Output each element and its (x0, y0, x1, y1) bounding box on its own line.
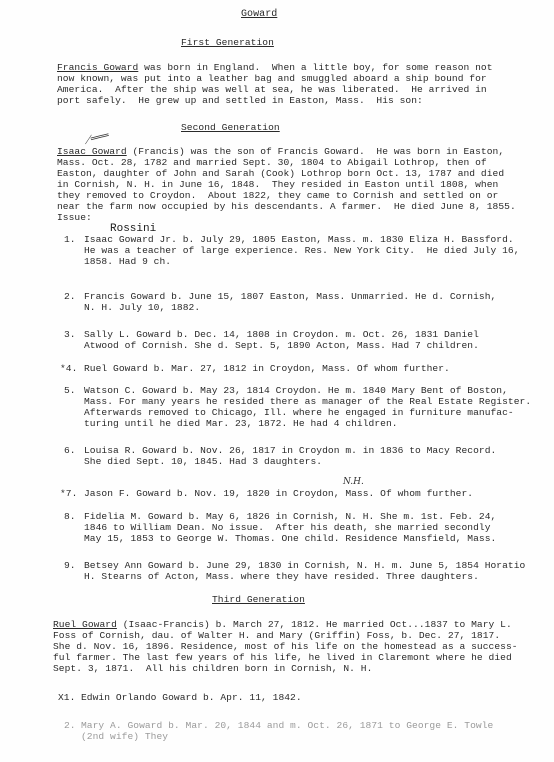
first-gen-line-2: America. After the ship was well at sea,… (57, 84, 487, 95)
child-9-marker: 9. (64, 560, 76, 571)
first-generation-heading: First Generation (181, 37, 274, 48)
child-5-line-0: Watson C. Goward b. May 23, 1814 Croydon… (84, 385, 508, 396)
document-title: Goward (241, 9, 277, 20)
second-generation-heading: Second Generation (181, 122, 280, 133)
child-1-line-2: 1858. Had 9 ch. (84, 256, 171, 267)
child-5-line-2: Afterwards removed to Chicago, Ill. wher… (84, 407, 514, 418)
first-gen-name: Francis Goward (57, 62, 138, 73)
second-gen-line-3: in Cornish, N. H. in June 16, 1848. They… (57, 179, 498, 190)
child-8-line-0: Fidelia M. Goward b. May 6, 1826 in Corn… (84, 511, 496, 522)
child-3-line-0: Sally L. Goward b. Dec. 14, 1808 in Croy… (84, 329, 479, 340)
third-gen-line-0: Ruel Goward (Isaac-Francis) b. March 27,… (53, 619, 512, 630)
third-child-2-line-1: (2nd wife) They (81, 731, 168, 742)
second-gen-line-0: Isaac Goward (Francis) was the son of Fr… (57, 146, 504, 157)
child-7-marker: *7. (60, 488, 77, 499)
child-5-line-1: Mass. For many years he resided there as… (84, 396, 531, 407)
child-7-line-0: Jason F. Goward b. Nov. 19, 1820 in Croy… (84, 488, 473, 499)
child-4-marker: *4. (60, 363, 77, 374)
third-gen-line-2: She d. Nov. 16, 1896. Residence, most of… (53, 641, 518, 652)
strikethrough-scribble-icon: ⟋═══ (83, 130, 110, 147)
child-4-line-0: Ruel Goward b. Mar. 27, 1812 in Croydon,… (84, 363, 450, 374)
child-2-line-0: Francis Goward b. June 15, 1807 Easton, … (84, 291, 496, 302)
child-6-line-0: Louisa R. Goward b. Nov. 26, 1817 in Cro… (84, 445, 496, 456)
third-child-1-line-0: Edwin Orlando Goward b. Apr. 11, 1842. (81, 692, 302, 703)
third-gen-line-1: Foss of Cornish, dau. of Walter H. and M… (53, 630, 500, 641)
second-gen-line-5: near the farm now occupied by his descen… (57, 201, 516, 212)
third-child-1-marker: X1. (58, 692, 75, 703)
first-gen-line-0: Francis Goward was born in England. When… (57, 62, 493, 73)
child-8-line-1: 1846 to William Dean. No issue. After hi… (84, 522, 491, 533)
child-1-line-1: He was a teacher of large experience. Re… (84, 245, 520, 256)
first-gen-line-3: port safely. He grew up and settled in E… (57, 95, 423, 106)
child-3-line-1: Atwood of Cornish. She d. Sept. 5, 1890 … (84, 340, 479, 351)
third-generation-heading: Third Generation (212, 594, 305, 605)
child-1-marker: 1. (64, 234, 76, 245)
child-5-marker: 5. (64, 385, 76, 396)
child-8-line-2: May 15, 1853 to George W. Thomas. One ch… (84, 533, 496, 544)
child-9-line-1: H. Stearns of Acton, Mass. where they ha… (84, 571, 479, 582)
annotation-nh: N.H. (343, 477, 364, 487)
child-6-marker: 6. (64, 445, 76, 456)
first-gen-line-1: now known, was put into a leather bag an… (57, 73, 487, 84)
second-gen-line-2: Easton, daughter of John and Sarah (Cook… (57, 168, 504, 179)
second-gen-name: Isaac Goward (57, 146, 127, 157)
child-2-marker: 2. (64, 291, 76, 302)
second-gen-line-6: Issue: (57, 212, 92, 223)
third-gen-line-3: ful farmer. The last few years of his li… (53, 652, 512, 663)
third-child-2-line-0: Mary A. Goward b. Mar. 20, 1844 and m. O… (81, 720, 493, 731)
third-gen-line-4: Sept. 3, 1871. All his children born in … (53, 663, 372, 674)
third-child-2-marker: 2. (64, 720, 76, 731)
document-page: Goward First Generation Francis Goward w… (0, 0, 554, 762)
child-2-line-1: N. H. July 10, 1882. (84, 302, 200, 313)
child-8-marker: 8. (64, 511, 76, 522)
child-1-line-0: Isaac Goward Jr. b. July 29, 1805 Easton… (84, 234, 514, 245)
child-9-line-0: Betsey Ann Goward b. June 29, 1830 in Co… (84, 560, 525, 571)
second-gen-line-1: Mass. Oct. 28, 1782 and married Sept. 30… (57, 157, 487, 168)
third-gen-name: Ruel Goward (53, 619, 117, 630)
second-gen-line-4: they removed to Croydon. About 1822, the… (57, 190, 498, 201)
child-5-line-3: turing until he died Mar. 23, 1872. He h… (84, 418, 398, 429)
child-3-marker: 3. (64, 329, 76, 340)
child-6-line-1: She died Sept. 10, 1845. Had 3 daughters… (84, 456, 322, 467)
